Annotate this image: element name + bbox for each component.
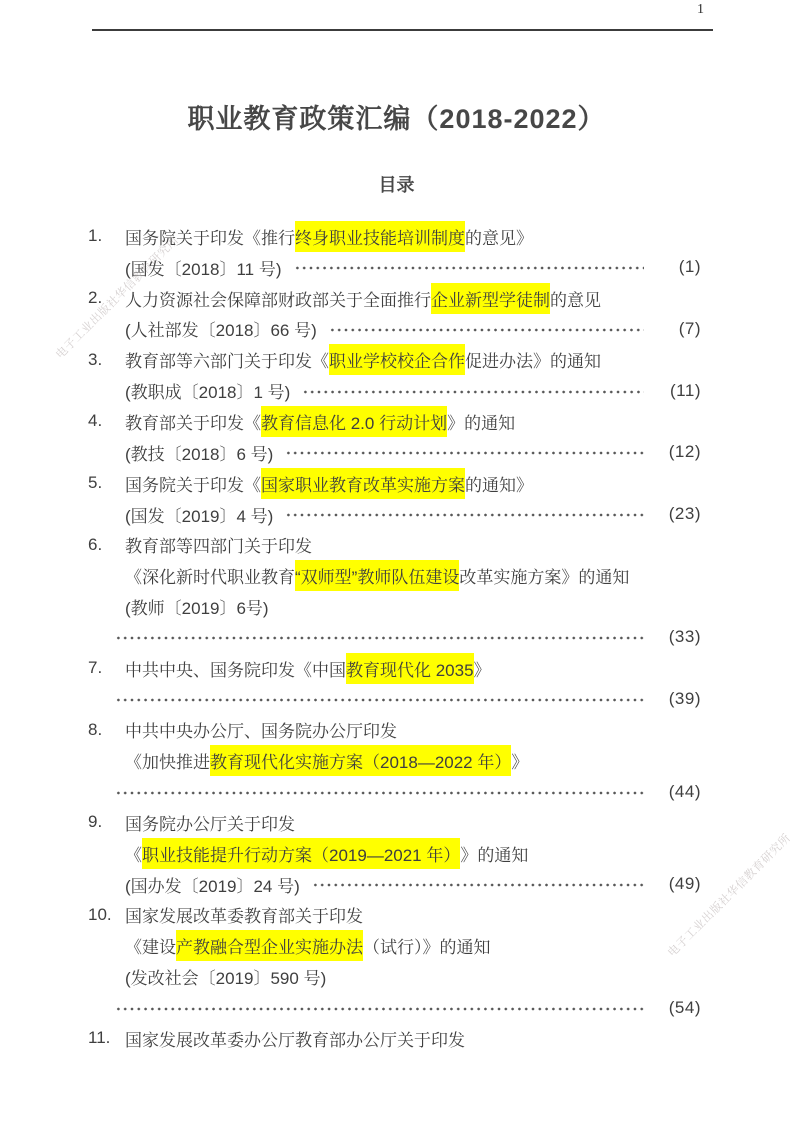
toc-page-number: (33) [657,627,701,647]
toc-highlight: 教育现代化实施方案（2018—2022 年） [210,745,511,776]
toc-row[interactable]: 4.教育部关于印发《教育信息化 2.0 行动计划》的通知 [88,406,701,437]
toc-row[interactable]: 8.中共中央办公厅、国务院办公厅印发 [88,715,701,746]
toc-item-number: 3. [88,350,125,370]
toc-text: （试行）》的通知 [363,933,491,958]
toc-text: (人社部发〔2018〕66 号) [125,316,317,341]
toc-item-number: 6. [88,535,125,555]
toc-row[interactable]: (33) [88,622,701,653]
toc-page-number: (23) [657,504,701,524]
toc-text: 》的通知 [447,409,515,434]
dot-leader [329,328,644,332]
toc-page-number: (44) [657,782,701,802]
dot-leader [115,698,644,702]
toc-row[interactable]: (教技〔2018〕6 号)(12) [88,437,701,468]
toc-row[interactable]: (发改社会〔2019〕590 号) [88,961,701,992]
toc-row[interactable]: (教职成〔2018〕1 号)(11) [88,375,701,406]
toc-text: 改革实施方案》的通知 [459,563,629,588]
toc-text: 》 [511,748,528,773]
toc-text: (教师〔2019〕6号) [125,594,269,619]
toc-page-number: (11) [657,381,701,401]
toc-text: (国办发〔2019〕24 号) [125,872,300,897]
toc-row[interactable]: 9.国务院办公厅关于印发 [88,807,701,838]
toc-highlight: “双师型”教师队伍建设 [295,560,459,591]
dot-leader [294,266,644,270]
toc-row[interactable]: 《深化新时代职业教育“双师型”教师队伍建设改革实施方案》的通知 [88,560,701,591]
toc-text: 中共中央、国务院印发《中国 [125,656,346,681]
page-number-header: 1 [697,2,704,18]
toc-text: 教育部关于印发《 [125,409,261,434]
toc-row[interactable]: 3.教育部等六部门关于印发《职业学校校企合作促进办法》的通知 [88,344,701,375]
toc-item-number: 5. [88,473,125,493]
toc-text: 《建设 [125,933,176,958]
toc-row[interactable]: (54) [88,992,701,1023]
toc-row[interactable]: (39) [88,684,701,715]
toc-page-number: (49) [657,874,701,894]
dot-leader [285,451,644,455]
toc-item-number: 10. [88,905,125,925]
toc-text: (发改社会〔2019〕590 号) [125,964,326,989]
header-rule [92,29,713,31]
toc-text: 《深化新时代职业教育 [125,563,295,588]
toc-list: 1.国务院关于印发《推行终身职业技能培训制度的意见》(国发〔2018〕11 号)… [88,221,701,1054]
toc-text: (教技〔2018〕6 号) [125,440,273,465]
toc-page-number: (7) [657,319,701,339]
toc-text: 国家发展改革委教育部关于印发 [125,902,363,927]
toc-item-number: 4. [88,411,125,431]
toc-highlight: 职业技能提升行动方案（2019—2021 年） [142,838,460,869]
toc-highlight: 国家职业教育改革实施方案 [261,468,465,499]
toc-text: 》的通知 [460,841,528,866]
toc-item-number: 7. [88,658,125,678]
toc-row[interactable]: (国发〔2018〕11 号)(1) [88,252,701,283]
toc-text: 国务院关于印发《推行 [125,224,295,249]
toc-row[interactable]: 《职业技能提升行动方案（2019—2021 年）》的通知 [88,838,701,869]
toc-item-number: 9. [88,812,125,832]
dot-leader [285,513,644,517]
toc-highlight: 终身职业技能培训制度 [295,221,465,252]
toc-highlight: 产教融合型企业实施办法 [176,930,363,961]
toc-text: 中共中央办公厅、国务院办公厅印发 [125,717,397,742]
document-title: 职业教育政策汇编（2018-2022） [0,97,793,136]
toc-text: 教育部等六部门关于印发《 [125,347,329,372]
toc-heading: 目录 [0,171,793,197]
toc-row[interactable]: 《加快推进教育现代化实施方案（2018—2022 年）》 [88,745,701,776]
toc-highlight: 教育现代化 2035 [346,653,474,684]
dot-leader [312,883,644,887]
toc-item-number: 1. [88,226,125,246]
toc-item-number: 2. [88,288,125,308]
toc-row[interactable]: 1.国务院关于印发《推行终身职业技能培训制度的意见》 [88,221,701,252]
toc-text: (国发〔2018〕11 号) [125,255,282,280]
toc-text: (教职成〔2018〕1 号) [125,378,290,403]
toc-text: 的通知》 [465,471,533,496]
toc-row[interactable]: (教师〔2019〕6号) [88,591,701,622]
toc-page-number: (54) [657,998,701,1018]
document-page: 1 电子工业出版社华信教育研究所 电子工业出版社华信教育研究所 职业教育政策汇编… [0,0,793,1122]
toc-highlight: 职业学校校企合作 [329,344,465,375]
toc-text: 人力资源社会保障部财政部关于全面推行 [125,286,431,311]
toc-text: 》 [474,656,491,681]
toc-text: (国发〔2019〕4 号) [125,502,273,527]
dot-leader [302,390,644,394]
toc-item-number: 8. [88,720,125,740]
toc-text: 国务院办公厅关于印发 [125,810,295,835]
toc-highlight: 教育信息化 2.0 行动计划 [261,406,447,437]
toc-row[interactable]: 2.人力资源社会保障部财政部关于全面推行企业新型学徒制的意见 [88,283,701,314]
toc-row[interactable]: 《建设产教融合型企业实施办法（试行）》的通知 [88,930,701,961]
dot-leader [115,1007,644,1011]
dot-leader [115,791,644,795]
toc-item-number: 11. [88,1028,125,1048]
toc-text: 教育部等四部门关于印发 [125,532,312,557]
toc-text: 国家发展改革委办公厅教育部办公厅关于印发 [125,1026,465,1051]
toc-page-number: (12) [657,442,701,462]
toc-row[interactable]: (国办发〔2019〕24 号)(49) [88,869,701,900]
toc-page-number: (1) [657,257,701,277]
dot-leader [115,636,644,640]
toc-text: 国务院关于印发《 [125,471,261,496]
toc-row[interactable]: 10.国家发展改革委教育部关于印发 [88,900,701,931]
toc-row[interactable]: 11.国家发展改革委办公厅教育部办公厅关于印发 [88,1023,701,1054]
toc-text: 促进办法》的通知 [465,347,601,372]
toc-highlight: 企业新型学徒制 [431,283,550,314]
toc-page-number: (39) [657,689,701,709]
toc-text: 的意见》 [465,224,533,249]
toc-text: 《 [125,841,142,866]
toc-text: 的意见 [550,286,601,311]
toc-row[interactable]: (国发〔2019〕4 号)(23) [88,499,701,530]
toc-row[interactable]: (44) [88,776,701,807]
toc-row[interactable]: 5.国务院关于印发《国家职业教育改革实施方案的通知》 [88,468,701,499]
toc-row[interactable]: 7.中共中央、国务院印发《中国教育现代化 2035》 [88,653,701,684]
toc-text: 《加快推进 [125,748,210,773]
toc-row[interactable]: (人社部发〔2018〕66 号)(7) [88,314,701,345]
toc-row[interactable]: 6.教育部等四部门关于印发 [88,529,701,560]
